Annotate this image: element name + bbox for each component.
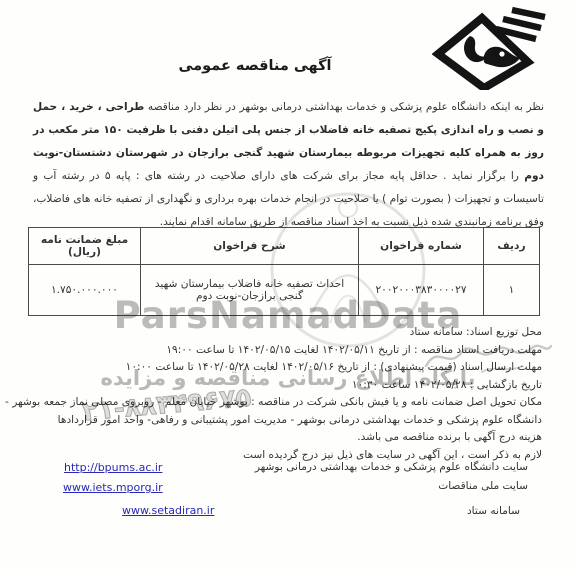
header-call-number: شماره فراخوان [359,228,484,265]
tender-intro-paragraph: نظر به اینکه دانشگاه علوم پزشکی و خدمات … [33,96,544,234]
intro-text-start: نظر به اینکه دانشگاه علوم پزشکی و خدمات … [144,101,544,113]
link-iets-mporg[interactable]: www.iets.mporg.ir [63,481,163,494]
table-header-row: ردیف شماره فراخوان شرح فراخوان مبلغ ضمان… [29,228,540,265]
cell-row-number: ۱ [484,265,540,316]
detail-opening-date: تاریخ بازگشایی : ۱۴۰۲/۰۵/۲۸ ساعت ۱۰:۳۰ [34,377,542,395]
tender-details: محل توزیع اسناد: سامانه ستاد مهلت دریافت… [34,324,542,464]
tender-table: ردیف شماره فراخوان شرح فراخوان مبلغ ضمان… [28,227,540,316]
cell-description: احداث تصفیه خانه فاضلاب بیمارستان شهید گ… [141,265,359,316]
site-label-national-tenders: سایت ملی مناقصات [438,480,528,492]
header-guarantee: مبلغ ضمانت نامه (ریال) [29,228,141,265]
page-title: آگهی مناقصه عمومی [0,58,510,74]
site-label-setad: سامانه ستاد [467,505,520,517]
site-label-university: سایت دانشگاه علوم پزشکی و خدمات بهداشتی … [255,461,528,473]
detail-receive-deadline: مهلت دریافت اسناد مناقصه : از تاریخ ۱۴۰۲… [34,342,542,360]
tender-announcement-page: آگهی مناقصه عمومی نظر به اینکه دانشگاه ع… [0,0,576,569]
table-row: ۱ ۲۰۰۲۰۰۰۳۸۳۰۰۰۰۲۷ احداث تصفیه خانه فاضل… [29,265,540,316]
detail-cost-note: هزینه درج آگهی با برنده مناقصه می باشد. [34,429,542,447]
header-description: شرح فراخوان [141,228,359,265]
detail-distribution-place: محل توزیع اسناد: سامانه ستاد [34,324,542,342]
link-setadiran[interactable]: www.setadiran.ir [122,504,214,517]
detail-delivery-place-2: دانشگاه علوم پزشکی و خدمات بهداشتی درمان… [34,412,542,430]
link-bpums[interactable]: http://bpums.ac.ir [64,461,162,474]
organization-logo-icon [432,6,550,90]
detail-submit-deadline: مهلت ارسال اسناد (قیمت پیشنهادی) : از تا… [34,359,542,377]
cell-call-number: ۲۰۰۲۰۰۰۳۸۳۰۰۰۰۲۷ [359,265,484,316]
cell-guarantee: ۱.۷۵۰.۰۰۰.۰۰۰ [29,265,141,316]
header-row-number: ردیف [484,228,540,265]
intro-text-end: را برگزار نماید . حداقل پایه مجاز برای ش… [33,170,544,228]
detail-delivery-place-1: مکان تحویل اصل ضمانت نامه و یا فیش بانکی… [34,394,542,412]
